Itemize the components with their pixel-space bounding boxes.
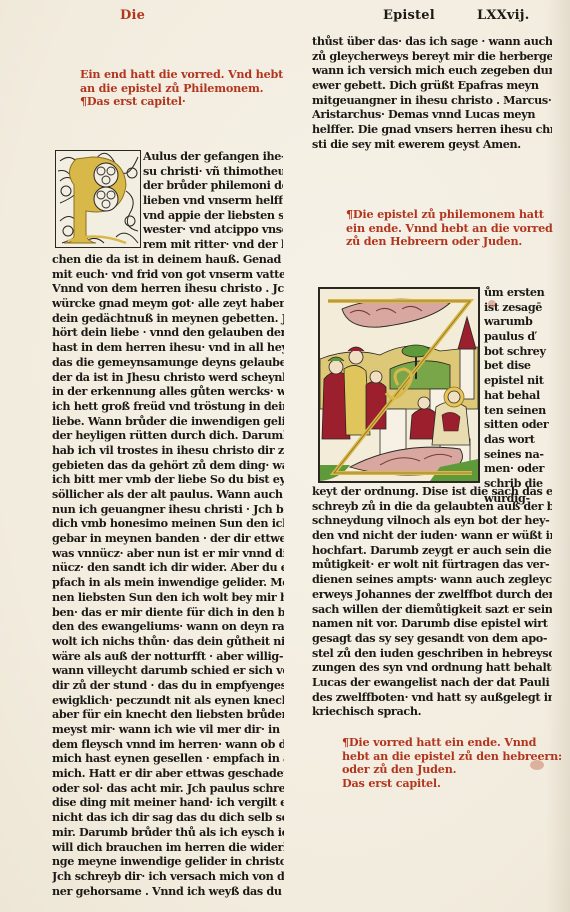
text-line: chen die da ist in deinem hauß. Genad se… [52, 252, 284, 267]
rubric-line: Ein end hatt die vorred. Vnd hebt [80, 68, 283, 82]
running-title-right: Epistel [383, 8, 435, 23]
text-line: liebe. Wann brůder die inwendigen geliď [52, 414, 284, 429]
text-line: hört dein liebe · vnnd den gelauben den … [52, 325, 284, 340]
woodcut-scene-icon [320, 289, 478, 481]
text-line: lieben vnd vnserm helffer [143, 193, 283, 208]
text-line: Aulus der gefangen ihe- [143, 149, 283, 164]
text-line: stel zů den iuden geschriben in hebreysc… [312, 646, 552, 661]
text-line: vnd appie der liebsten sch [143, 208, 283, 223]
text-line: aber für ein knecht den liebsten brůder … [52, 707, 284, 722]
text-line: su christi· vñ thimotheus [143, 164, 283, 179]
rubric-line: ¶Die vorred hatt ein ende. Vnnd [342, 736, 562, 750]
rubric-line: Das erst capitel. [342, 777, 562, 791]
text-line: nen liebsten Sun den ich wolt bey mir ha [52, 590, 284, 605]
page-edge-shadow [546, 0, 570, 912]
text-line: helffer. Die gnad vnsers herren ihesu ch… [312, 122, 552, 137]
text-line: gesagt das sy sey gesandt von dem apo- [312, 631, 552, 646]
ink-stain [530, 760, 544, 770]
text-line: rem mit ritter· vnd der kir [143, 237, 283, 252]
rubric-line: an die epistel zů Philemonem. [80, 82, 283, 96]
text-line: Jch schreyb dir· ich versach mich von de… [52, 869, 284, 884]
rubric-line: ¶Die epistel zů philemonem hatt [346, 208, 553, 222]
text-line: des zwelffboten· vnd hatt sy außgelegt i… [312, 690, 552, 705]
text-line: sitten oder [484, 418, 554, 433]
text-line: schreyb zů in die da gelaubten auß der b… [312, 499, 552, 514]
initial-p-ornament-icon [56, 151, 141, 248]
text-line: wester· vnd atcippo vnse [143, 222, 283, 237]
text-line: dienen seines ampts· wann auch zegleych [312, 572, 552, 587]
text-line: ben· das er mir diente für dich in den b… [52, 605, 284, 620]
text-line: hab ich vil trostes in ihesu christo dir… [52, 443, 284, 458]
text-line: mit euch· vnd frid von got vnserm vatter [52, 267, 284, 282]
text-line: schneydung vilnoch als eyn bot der hey- [312, 513, 552, 528]
text-line: Vnnd von dem herren ihesu christo . Jch [52, 281, 284, 296]
text-line: den des ewangeliums· wann on deyn ratt [52, 619, 284, 634]
text-line: gebieten das da gehört zů dem ding· wañ [52, 458, 284, 473]
text-line: nun ich geuangner ihesu christi · Jch bi… [52, 502, 284, 517]
rubric-line: zů den Hebreern oder Juden. [346, 235, 553, 249]
text-line: seines na- [484, 448, 554, 463]
rubric-line: ¶Das erst capitel· [80, 95, 283, 109]
text-line: ewigklich· peczundt nit als eynen knecht [52, 693, 284, 708]
text-line: hast in dem herren ihesu· vnd in all hey… [52, 340, 284, 355]
ink-stain [488, 300, 496, 308]
text-line: sti die sey mit ewerem geyst Amen. [312, 137, 552, 152]
text-line: ewer gebett. Dich grüßt Epafras meyn [312, 78, 552, 93]
text-line: ům ersten [484, 286, 554, 301]
text-line: nücz· den sandt ich dir wider. Aber du e… [52, 560, 284, 575]
text-line: dir zů der stund · das du in empfyengest [52, 678, 284, 693]
text-line: sach willen der diemůtigkeit sazt er sei… [312, 602, 552, 617]
text-line: der heyligen rütten durch dich. Darumb [52, 428, 284, 443]
text-line: Aristarchus· Demas vnnd Lucas meyn [312, 107, 552, 122]
text-line: wann villeycht darumb schied er sich vō [52, 663, 284, 678]
text-line: den vnd nicht der iuden· wann er wüßt ir [312, 528, 552, 543]
text-line: nicht das ich dir sag das du dich selb s… [52, 810, 284, 825]
text-line: thůst über das· das ich sage · wann auch [312, 34, 552, 49]
text-line: würcke gnad meym got· alle zeyt habend [52, 296, 284, 311]
text-line: wolt ich nichs thůn· das dein gůtheit ni… [52, 634, 284, 649]
text-line: bot schrey [484, 345, 554, 360]
text-line: was vnnücz· aber nun ist er mir vnnd dir [52, 546, 284, 561]
text-line: dein gedächtnuß in meynen gebetten. Jch [52, 311, 284, 326]
running-title-left: Die [120, 8, 145, 23]
text-line: ten seinen [484, 404, 554, 419]
text-line: namen nit vor. Darumb dise epistel wirt [312, 616, 552, 631]
text-beside-initial: Aulus der gefangen ihe- su christi· vñ t… [143, 149, 283, 252]
text-line: můtigkeit· er wolt nit fürtragen das ver… [312, 557, 552, 572]
text-line: warumb [484, 315, 554, 330]
folio-number: LXXvij. [477, 8, 529, 23]
text-line: kriechisch sprach. [312, 704, 552, 719]
text-line: oder sol· das acht mir. Jch paulus schre… [52, 781, 284, 796]
text-line: bet dise [484, 359, 554, 374]
text-line: wäre als auß der notturfft · aber willig… [52, 649, 284, 664]
text-line: in der erkennung alles gůten wercks· wañ [52, 384, 284, 399]
text-line: will dich brauchen im herren die widerbe… [52, 840, 284, 855]
text-line: wann ich versich mich euch zegeben durch [312, 63, 552, 78]
text-beside-woodcut: ům erstenist zesagēwarumbpaulus ďbot sch… [484, 286, 554, 506]
text-line: meyst mir· wann ich wie vil mer dir· in [52, 722, 284, 737]
rubric-left-heading: Ein end hatt die vorred. Vnd hebt an die… [80, 68, 283, 109]
book-page: Die Epistel LXXvij. Ein end hatt die vor… [0, 0, 570, 912]
rubric-epistle-end: ¶Die epistel zů philemonem hatt ein ende… [346, 208, 553, 249]
text-line: söllicher als der alt paulus. Wann auch [52, 487, 284, 502]
text-line: ner gehorsame . Vnnd ich weyß das du [52, 884, 284, 899]
text-line: Lucas der ewangelist nach der dat Pauli [312, 675, 552, 690]
text-line: mitgeuangner in ihesu christo . Marcus· [312, 93, 552, 108]
text-line: men· oder [484, 462, 554, 477]
text-line: gebar in meynen banden · der dir ettwenn [52, 531, 284, 546]
text-line: mich hast eynen gesellen · empfach in al… [52, 751, 284, 766]
text-line: dem fleysch vnnd im herren· wann ob du [52, 737, 284, 752]
decorated-initial-p [55, 150, 141, 248]
right-column-top: thůst über das· das ich sage · wann auch… [312, 34, 552, 152]
rubric-line: hebt an die epistel zů den hebreern: [342, 750, 562, 764]
text-line: das wort [484, 433, 554, 448]
text-line: erweys Johannes der zwelffbot durch der [312, 587, 552, 602]
woodcut-illustration-initial-z [318, 287, 480, 483]
text-line: zů gleycherweys bereyt mir die herberge· [312, 49, 552, 64]
left-column-body: chen die da ist in deinem hauß. Genad se… [52, 252, 284, 898]
rubric-preface-end: ¶Die vorred hatt ein ende. Vnnd hebt an … [342, 736, 562, 790]
text-line: zungen des syn vnd ordnung hatt behaltē [312, 660, 552, 675]
text-line: das die gemeynsamunge deyns gelauben [52, 355, 284, 370]
text-line: epistel nit [484, 374, 554, 389]
text-line: der brůder philemoni dem [143, 178, 283, 193]
text-line: keyt der ordnung. Dise ist die sach das … [312, 484, 552, 499]
text-line: paulus ď [484, 330, 554, 345]
rubric-line: ein ende. Vnnd hebt an die vorred [346, 222, 553, 236]
rubric-line: oder zů den Juden. [342, 763, 562, 777]
text-line: ich bitt mer vmb der liebe So du bist ey… [52, 472, 284, 487]
text-line: dich vmb honesimo meinen Sun den ich [52, 516, 284, 531]
text-line: dise ding mit meiner hand· ich vergilt e… [52, 795, 284, 810]
text-line: hochfart. Darumb zeygt er auch sein die- [312, 543, 552, 558]
text-line: mich. Hatt er dir aber ettwas geschadet· [52, 766, 284, 781]
right-column-body: keyt der ordnung. Dise ist die sach das … [312, 484, 552, 719]
text-line: nge meyne inwendige gelider in christo. [52, 854, 284, 869]
text-line: der da ist in Jhesu christo werd scheynb… [52, 370, 284, 385]
text-line: hat behal [484, 389, 554, 404]
text-line: mir. Darumb brůder thů als ich eysch ich [52, 825, 284, 840]
text-line: ich hett groß freüd vnd tröstung in dein… [52, 399, 284, 414]
text-line: pfach in als mein inwendige gelider. Mei [52, 575, 284, 590]
